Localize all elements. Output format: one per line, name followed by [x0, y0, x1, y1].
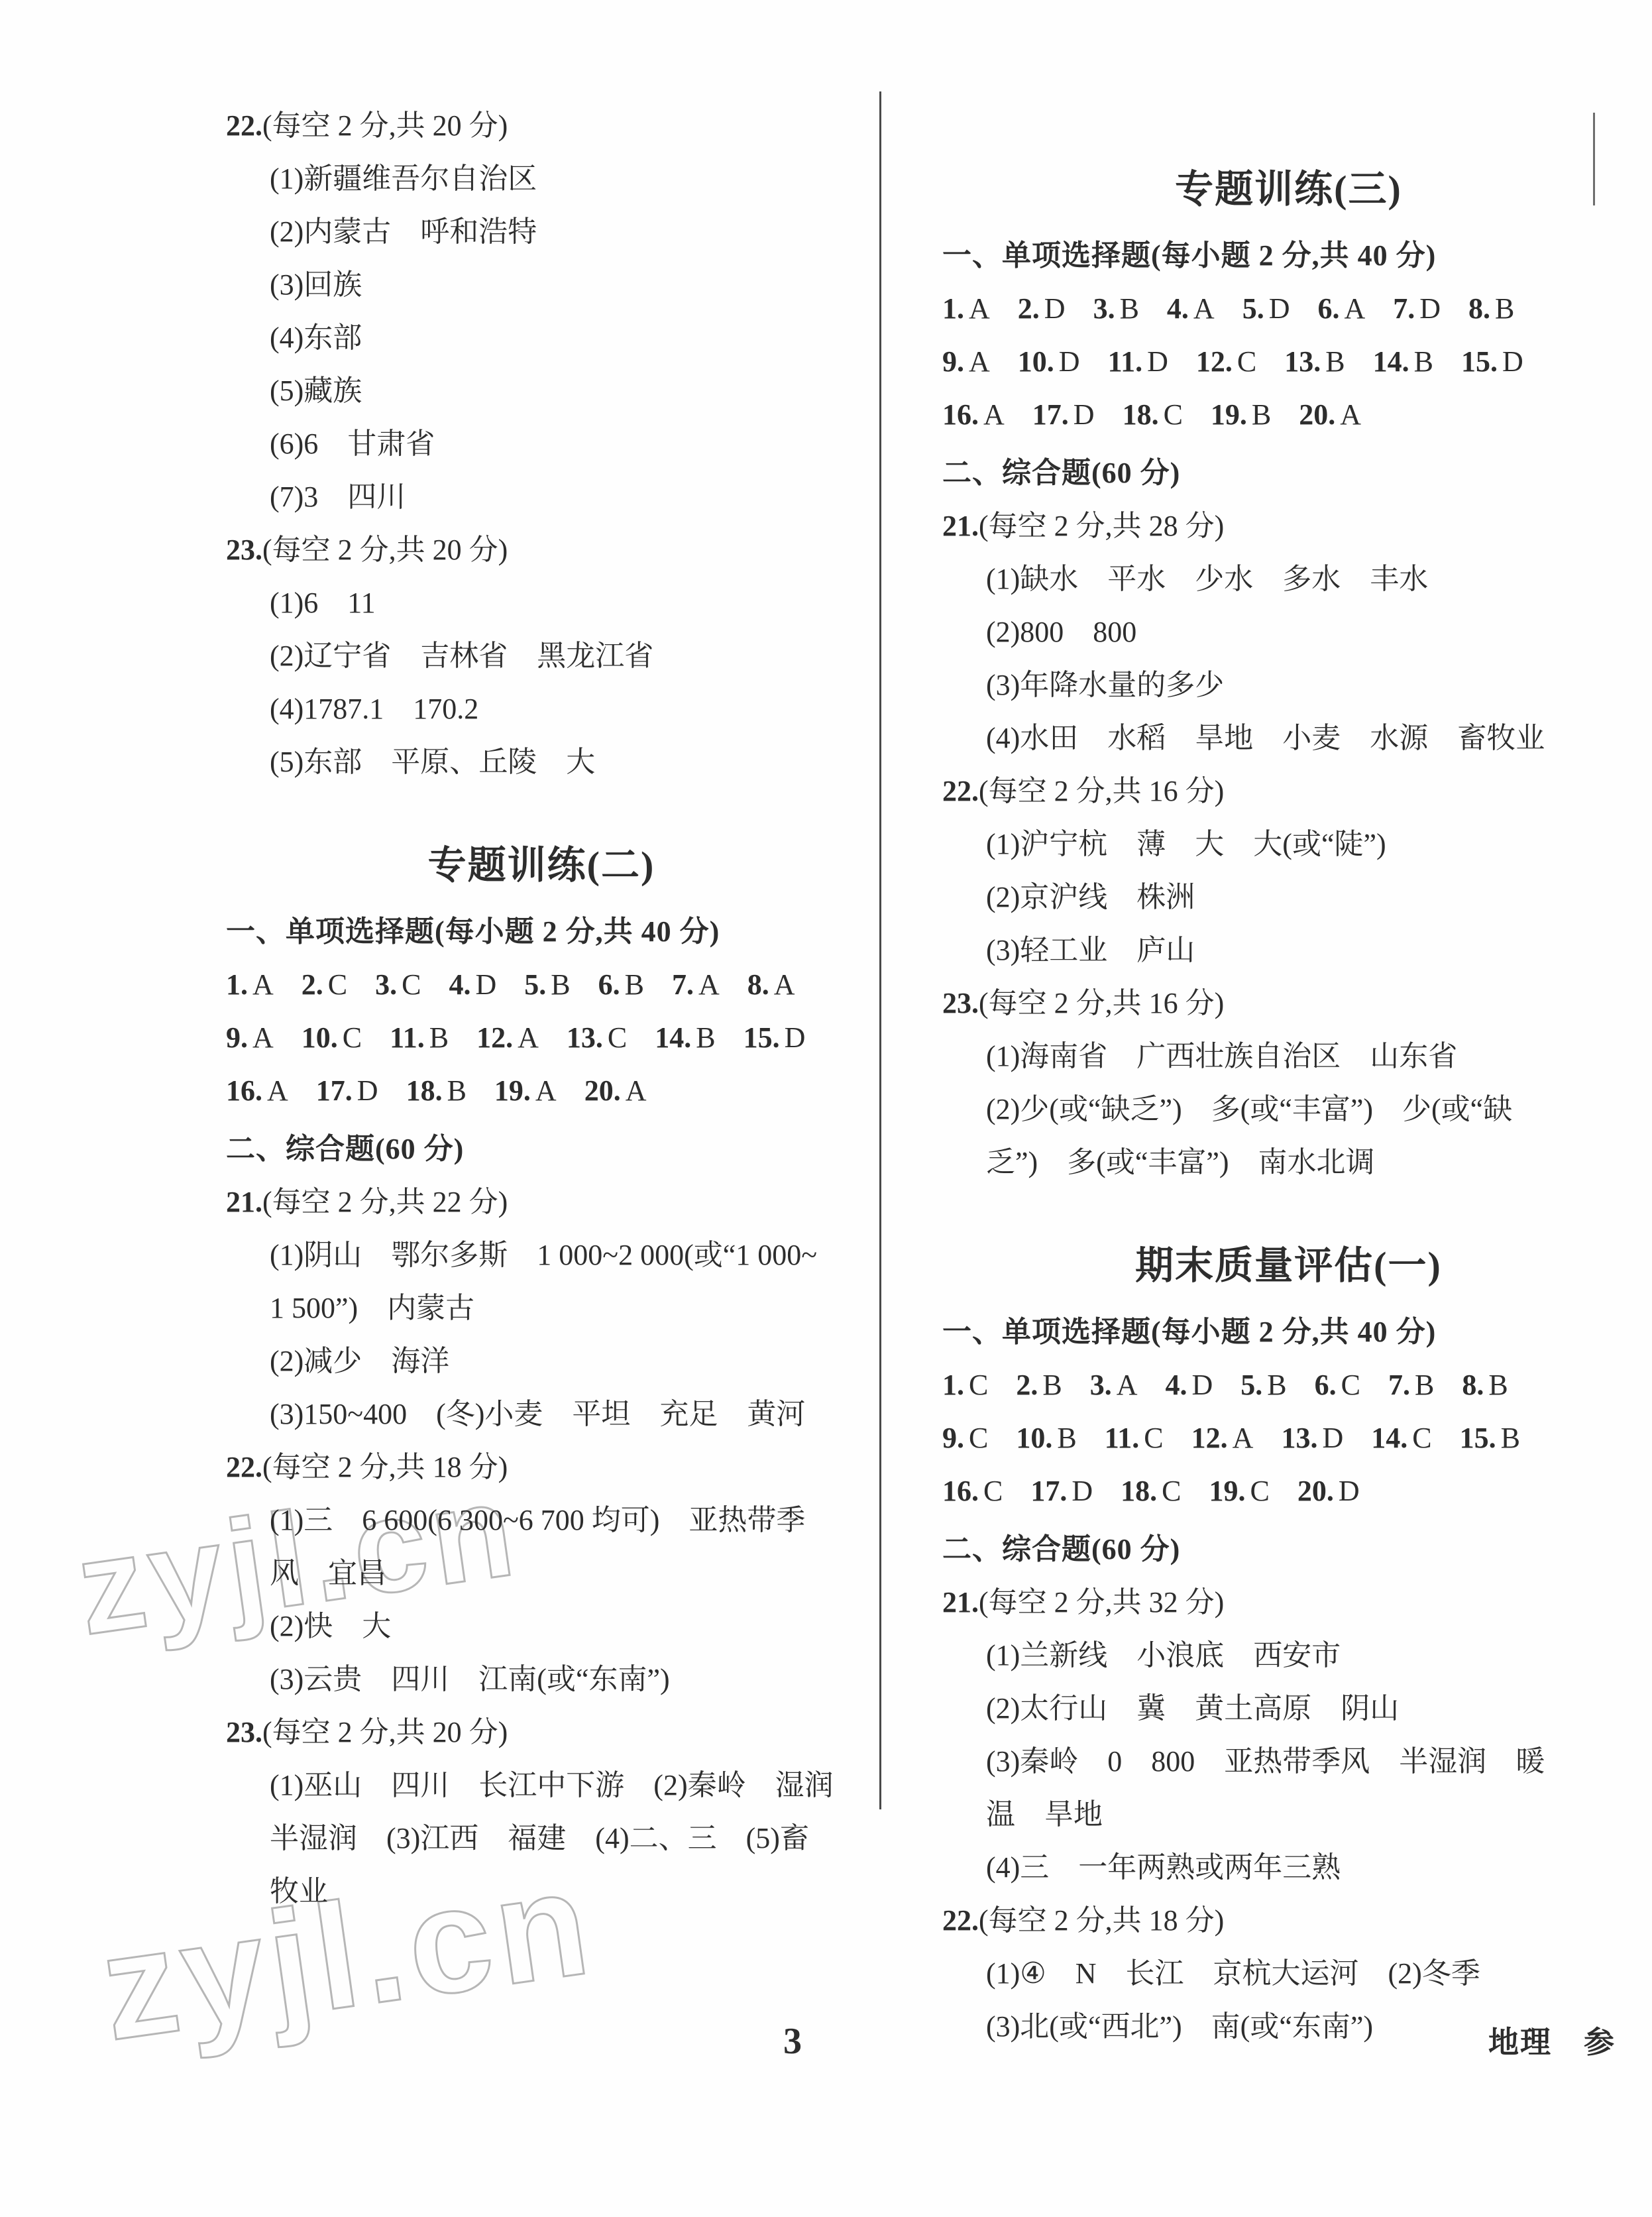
- choice-answer: 11.D: [1108, 335, 1168, 388]
- score-note: (每空 2 分,共 28 分): [979, 510, 1224, 542]
- answer-line: (4)三 一年两熟或两年三熟: [942, 1841, 1635, 1894]
- choice-answer: 14.C: [1371, 1412, 1431, 1465]
- choice-answer: 5.D: [1242, 282, 1290, 335]
- score-note: (每空 2 分,共 18 分): [979, 1904, 1224, 1937]
- answer-line: (2)内蒙古 呼和浩特: [226, 205, 857, 258]
- choice-answer: 10.C: [302, 1011, 362, 1064]
- answer-line: (1)6 11: [226, 577, 857, 630]
- choice-answer: 13.D: [1281, 1412, 1343, 1465]
- choice-answer: 4.D: [1166, 1359, 1213, 1412]
- answer-line: (3)轻工业 庐山: [942, 924, 1635, 977]
- answer-line: (3)年降水量的多少: [942, 659, 1635, 712]
- choice-answer: 2.C: [302, 958, 347, 1011]
- answer-line: (1)海南省 广西壮族自治区 山东省: [942, 1030, 1635, 1083]
- question-number: 22.: [942, 1904, 979, 1937]
- answer-line: (2)快 大: [226, 1600, 857, 1653]
- section-header: 二、综合题(60 分): [226, 1123, 857, 1176]
- score-note: (每空 2 分,共 22 分): [262, 1186, 508, 1218]
- answer-line-continued: 牧业: [226, 1865, 857, 1918]
- answer-line-continued: 温 旱地: [942, 1788, 1635, 1841]
- answer-line: (1)沪宁杭 薄 大 大(或“陡”): [942, 818, 1635, 871]
- score-note: (每空 2 分,共 18 分): [262, 1451, 508, 1483]
- choice-answer: 14.B: [1373, 335, 1433, 388]
- score-note: (每空 2 分,共 20 分): [262, 109, 508, 142]
- column-left: 22.(每空 2 分,共 20 分)(1)新疆维吾尔自治区(2)内蒙古 呼和浩特…: [226, 99, 857, 1918]
- choice-answer: 20.A: [584, 1064, 647, 1117]
- choice-answer: 6.A: [1317, 282, 1365, 335]
- choice-answer: 3.C: [375, 958, 421, 1011]
- choice-answer: 11.B: [390, 1011, 449, 1064]
- column-right: 专题训练(三)一、单项选择题(每小题 2 分,共 40 分)1.A2.D3.B4…: [942, 113, 1635, 2053]
- answer-line: (1)兰新线 小浪底 西安市: [942, 1629, 1635, 1682]
- choice-answer: 20.A: [1299, 388, 1361, 441]
- choice-answer: 4.A: [1167, 282, 1215, 335]
- question-number: 21.: [942, 510, 979, 542]
- question-number: 23.: [226, 1716, 262, 1748]
- choice-answer: 9.C: [942, 1412, 988, 1465]
- choice-answer: 17.D: [316, 1064, 378, 1117]
- answer-line: (6)6 甘肃省: [226, 418, 857, 471]
- section-header: 一、单项选择题(每小题 2 分,共 40 分): [942, 229, 1635, 282]
- choice-answer: 20.D: [1297, 1465, 1360, 1518]
- choice-answer: 3.B: [1093, 282, 1139, 335]
- choice-answer: 12.A: [476, 1011, 539, 1064]
- choice-answer: 7.A: [672, 958, 720, 1011]
- choice-answer: 12.C: [1196, 335, 1256, 388]
- answer-line: (4)东部: [226, 312, 857, 365]
- choice-answer: 7.B: [1388, 1359, 1434, 1412]
- score-note: (每空 2 分,共 32 分): [979, 1586, 1224, 1619]
- answer-line: (2)减少 海洋: [226, 1335, 857, 1388]
- answer-line-continued: 风 宜昌: [226, 1547, 857, 1600]
- answer-line: (4)1787.1 170.2: [226, 683, 857, 736]
- section-header: 二、综合题(60 分): [942, 1523, 1635, 1576]
- section-header: 一、单项选择题(每小题 2 分,共 40 分): [226, 905, 857, 958]
- choice-answer: 13.C: [567, 1011, 627, 1064]
- answer-line: (1)阴山 鄂尔多斯 1 000~2 000(或“1 000~: [226, 1229, 857, 1282]
- answer-line: (7)3 四川: [226, 471, 857, 524]
- choice-answer: 18.C: [1121, 1465, 1181, 1518]
- choice-answer: 1.A: [226, 958, 274, 1011]
- choice-answer: 1.A: [942, 282, 990, 335]
- choice-row: 1.A2.D3.B4.A5.D6.A7.D8.B: [942, 282, 1635, 335]
- section-title: 专题训练(三): [942, 160, 1635, 219]
- answer-item: 21.(每空 2 分,共 22 分): [226, 1176, 857, 1229]
- answer-line: (2)辽宁省 吉林省 黑龙江省: [226, 630, 857, 683]
- choice-answer: 17.D: [1030, 1465, 1093, 1518]
- choice-answer: 6.C: [1315, 1359, 1360, 1412]
- answer-item: 22.(每空 2 分,共 18 分): [226, 1441, 857, 1494]
- choice-answer: 15.D: [743, 1011, 806, 1064]
- choice-row: 16.A17.D18.C19.B20.A: [942, 388, 1635, 441]
- choice-row: 9.A10.D11.D12.C13.B14.B15.D: [942, 335, 1635, 388]
- answer-line: (5)藏族: [226, 365, 857, 418]
- answer-line: (2)京沪线 株洲: [942, 871, 1635, 924]
- choice-answer: 2.B: [1016, 1359, 1062, 1412]
- choice-row: 1.A2.C3.C4.D5.B6.B7.A8.A: [226, 958, 857, 1011]
- choice-answer: 13.B: [1284, 335, 1345, 388]
- page-number: 3: [783, 2015, 802, 2068]
- choice-answer: 15.D: [1461, 335, 1523, 388]
- answer-line: (3)云贵 四川 江南(或“东南”): [226, 1653, 857, 1706]
- answer-line: (1)新疆维吾尔自治区: [226, 152, 857, 205]
- choice-answer: 1.C: [942, 1359, 988, 1412]
- choice-row: 16.C17.D18.C19.C20.D: [942, 1465, 1635, 1518]
- choice-answer: 12.A: [1191, 1412, 1254, 1465]
- choice-answer: 5.B: [1240, 1359, 1286, 1412]
- answer-line-continued: 乏”) 多(或“丰富”) 南水北调: [942, 1136, 1635, 1189]
- choice-row: 1.C2.B3.A4.D5.B6.C7.B8.B: [942, 1359, 1635, 1412]
- answer-item: 23.(每空 2 分,共 20 分): [226, 524, 857, 577]
- answer-item: 23.(每空 2 分,共 16 分): [942, 977, 1635, 1030]
- question-number: 21.: [226, 1186, 262, 1218]
- choice-answer: 15.B: [1460, 1412, 1520, 1465]
- answer-line: (2)太行山 冀 黄土高原 阴山: [942, 1682, 1635, 1735]
- answer-item: 22.(每空 2 分,共 16 分): [942, 765, 1635, 818]
- answer-line-continued: 1 500”) 内蒙古: [226, 1282, 857, 1335]
- answer-line: (4)水田 水稻 旱地 小麦 水源 畜牧业: [942, 712, 1635, 765]
- question-number: 22.: [226, 1451, 262, 1483]
- answer-item: 21.(每空 2 分,共 32 分): [942, 1576, 1635, 1629]
- answer-line: (5)东部 平原、丘陵 大: [226, 736, 857, 789]
- score-note: (每空 2 分,共 16 分): [979, 987, 1224, 1019]
- answer-line-continued: 半湿润 (3)江西 福建 (4)二、三 (5)畜: [226, 1812, 857, 1865]
- answer-line: (1)缺水 平水 少水 多水 丰水: [942, 553, 1635, 606]
- answer-item: 21.(每空 2 分,共 28 分): [942, 500, 1635, 553]
- choice-answer: 8.A: [747, 958, 795, 1011]
- score-note: (每空 2 分,共 20 分): [262, 534, 508, 566]
- choice-answer: 9.A: [226, 1011, 274, 1064]
- choice-answer: 18.C: [1123, 388, 1183, 441]
- section-title: 期末质量评估(一): [942, 1237, 1635, 1295]
- answer-line: (1)巫山 四川 长江中下游 (2)秦岭 湿润: [226, 1759, 857, 1812]
- section-header: 一、单项选择题(每小题 2 分,共 40 分): [942, 1306, 1635, 1359]
- choice-answer: 16.C: [942, 1465, 1003, 1518]
- choice-answer: 5.B: [524, 958, 570, 1011]
- answer-item: 22.(每空 2 分,共 18 分): [942, 1894, 1635, 1947]
- answer-item: 22.(每空 2 分,共 20 分): [226, 99, 857, 152]
- score-note: (每空 2 分,共 16 分): [979, 775, 1224, 807]
- choice-answer: 8.B: [1462, 1359, 1508, 1412]
- choice-answer: 19.C: [1209, 1465, 1270, 1518]
- question-number: 22.: [942, 775, 979, 807]
- section-title: 专题训练(二): [226, 836, 857, 895]
- answer-line: (3)秦岭 0 800 亚热带季风 半湿润 暖: [942, 1735, 1635, 1788]
- footer-subject-label: 地理 参: [1488, 2016, 1616, 2069]
- question-number: 21.: [942, 1586, 979, 1619]
- choice-answer: 19.A: [494, 1064, 557, 1117]
- answer-line: (1)④ N 长江 京杭大运河 (2)冬季: [942, 1947, 1635, 2000]
- question-number: 22.: [226, 109, 262, 142]
- choice-answer: 18.B: [406, 1064, 467, 1117]
- choice-answer: 16.A: [226, 1064, 288, 1117]
- choice-answer: 16.A: [942, 388, 1005, 441]
- choice-answer: 10.D: [1018, 335, 1080, 388]
- score-note: (每空 2 分,共 20 分): [262, 1716, 508, 1748]
- choice-answer: 11.C: [1105, 1412, 1164, 1465]
- choice-answer: 17.D: [1032, 388, 1095, 441]
- choice-row: 9.A10.C11.B12.A13.C14.B15.D: [226, 1011, 857, 1064]
- choice-answer: 10.B: [1016, 1412, 1076, 1465]
- answer-line: (1)三 6 600(6 300~6 700 均可) 亚热带季: [226, 1494, 857, 1547]
- question-number: 23.: [226, 534, 262, 566]
- choice-row: 16.A17.D18.B19.A20.A: [226, 1064, 857, 1117]
- answer-key-page: zyjl.cn zyjl.cn 22.(每空 2 分,共 20 分)(1)新疆维…: [0, 0, 1652, 2217]
- choice-answer: 6.B: [598, 958, 644, 1011]
- choice-answer: 14.B: [655, 1011, 715, 1064]
- choice-answer: 19.B: [1211, 388, 1271, 441]
- choice-answer: 3.A: [1090, 1359, 1138, 1412]
- answer-line: (2)800 800: [942, 606, 1635, 659]
- answer-line: (2)少(或“缺乏”) 多(或“丰富”) 少(或“缺: [942, 1083, 1635, 1136]
- column-divider-line: [879, 91, 881, 1809]
- answer-item: 23.(每空 2 分,共 20 分): [226, 1706, 857, 1759]
- choice-row: 9.C10.B11.C12.A13.D14.C15.B: [942, 1412, 1635, 1465]
- answer-line: (3)回族: [226, 258, 857, 312]
- question-number: 23.: [942, 987, 979, 1019]
- choice-answer: 9.A: [942, 335, 990, 388]
- choice-answer: 8.B: [1468, 282, 1514, 335]
- choice-answer: 4.D: [449, 958, 497, 1011]
- choice-answer: 2.D: [1018, 282, 1066, 335]
- answer-line: (3)150~400 (冬)小麦 平坦 充足 黄河: [226, 1388, 857, 1441]
- choice-answer: 7.D: [1393, 282, 1441, 335]
- section-header: 二、综合题(60 分): [942, 447, 1635, 500]
